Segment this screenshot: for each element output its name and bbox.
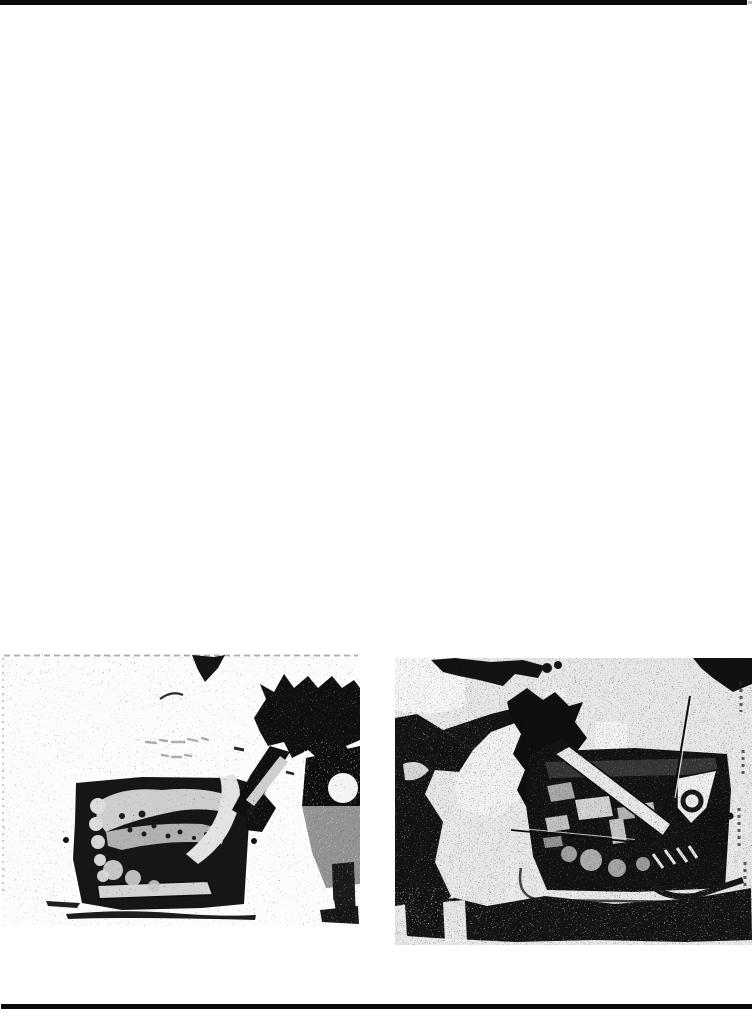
- scan-artifact-corner-speck: [748, 1, 752, 4]
- halftone-grain-coarse: [395, 658, 752, 945]
- figure-right-photo: [395, 658, 752, 945]
- figure-left-photo: [2, 654, 360, 926]
- scanned-page: [0, 0, 756, 1013]
- halftone-grain: [2, 654, 360, 926]
- bottom-rule: [1, 1004, 752, 1009]
- left-photo-image: [2, 654, 360, 926]
- right-photo-image: [395, 658, 752, 945]
- scan-artifact-top-bar: [0, 0, 747, 5]
